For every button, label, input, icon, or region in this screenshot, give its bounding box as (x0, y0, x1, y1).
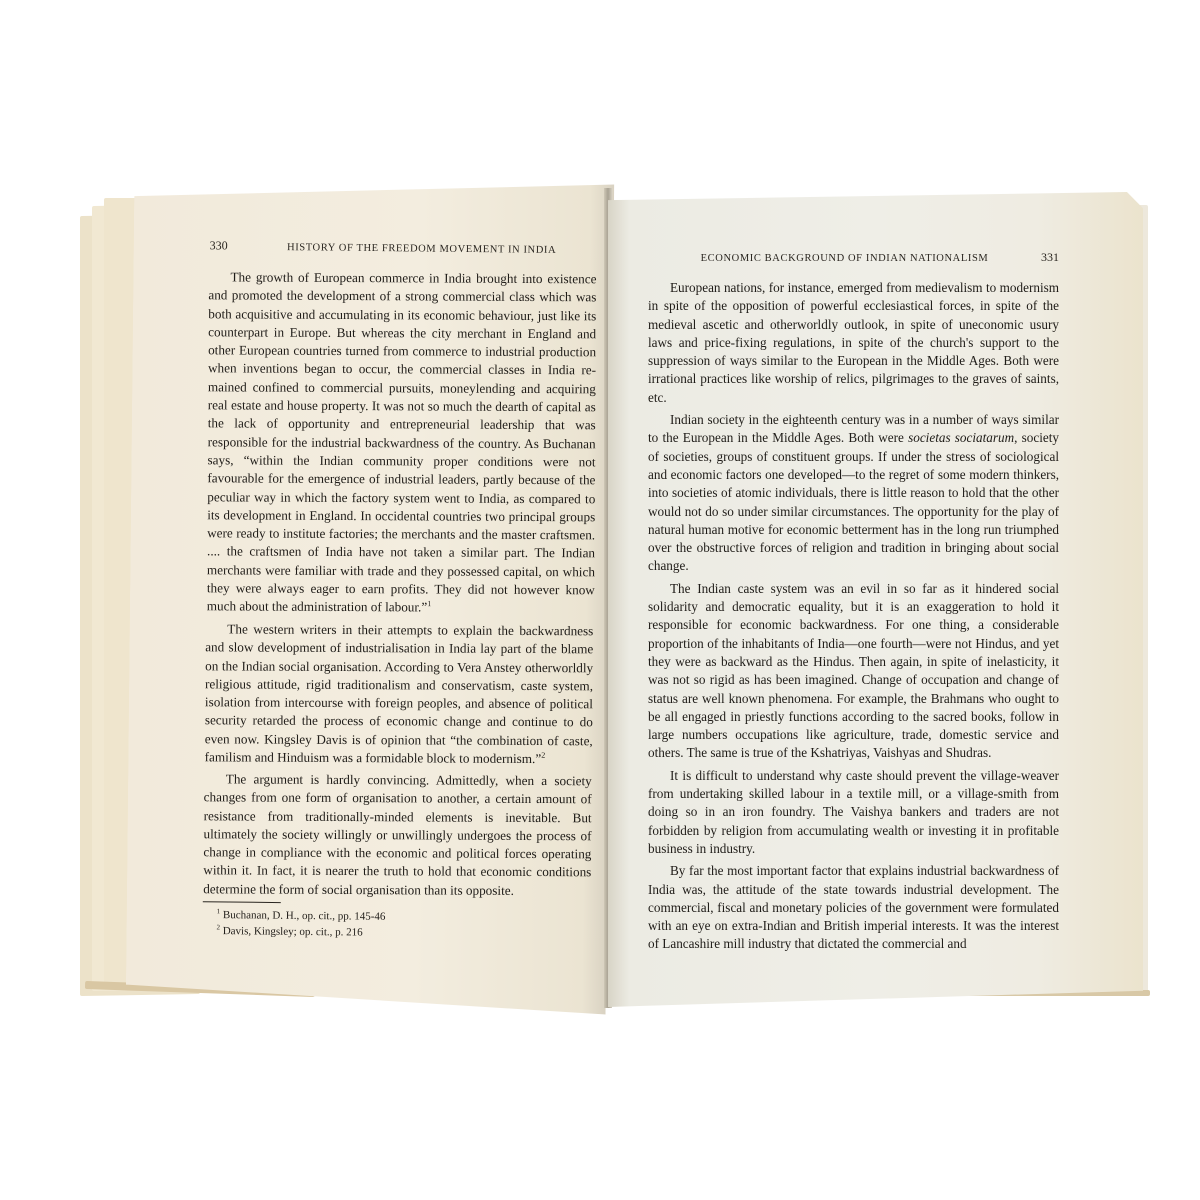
paragraph-text: The growth of European commerce in India… (207, 269, 597, 614)
footnote-text: Davis, Kingsley; op. cit., p. 216 (223, 925, 363, 938)
footnote-marker: 1 (217, 908, 221, 916)
left-page: 330 HISTORY OF THE FREEDOM MOVEMENT IN I… (126, 180, 615, 1015)
paragraph: It is difficult to understand why caste … (648, 767, 1059, 858)
footnote-marker: 1 (427, 599, 431, 608)
right-page: ECONOMIC BACKGROUND OF INDIAN NATIONALIS… (608, 192, 1143, 1007)
open-book: 330 HISTORY OF THE FREEDOM MOVEMENT IN I… (0, 0, 1200, 1200)
paragraph-text: The western writers in their attempts to… (205, 621, 594, 766)
paragraph: The argument is hardly convincing. Admit… (203, 770, 592, 900)
running-head-title: HISTORY OF THE FREEDOM MOVEMENT IN INDIA (246, 242, 598, 257)
running-head: ECONOMIC BACKGROUND OF INDIAN NATIONALIS… (648, 250, 1059, 265)
footnote-rule (203, 901, 281, 903)
running-head: 330 HISTORY OF THE FREEDOM MOVEMENT IN I… (210, 238, 598, 257)
paragraph: The growth of European commerce in India… (207, 268, 597, 618)
paragraph: The Indian caste system was an evil in s… (648, 580, 1059, 763)
running-head-title: ECONOMIC BACKGROUND OF INDIAN NATIONALIS… (648, 253, 1041, 264)
footnote-marker: 2 (541, 750, 545, 759)
page-number: 331 (1041, 250, 1059, 265)
paragraph-text: , society of societies, groups of consti… (648, 430, 1059, 573)
paragraph: Indian society in the eighteenth century… (648, 411, 1059, 576)
paragraph: By far the most important factor that ex… (648, 862, 1059, 953)
page-number: 330 (210, 238, 228, 253)
latin-phrase: societas sociatarum (908, 430, 1014, 445)
paragraph: The western writers in their attempts to… (205, 620, 594, 768)
footnote: 2 Davis, Kingsley; op. cit., p. 216 (202, 921, 590, 941)
footnote-marker: 2 (216, 923, 220, 931)
paragraph: European nations, for instance, emerged … (648, 279, 1059, 407)
